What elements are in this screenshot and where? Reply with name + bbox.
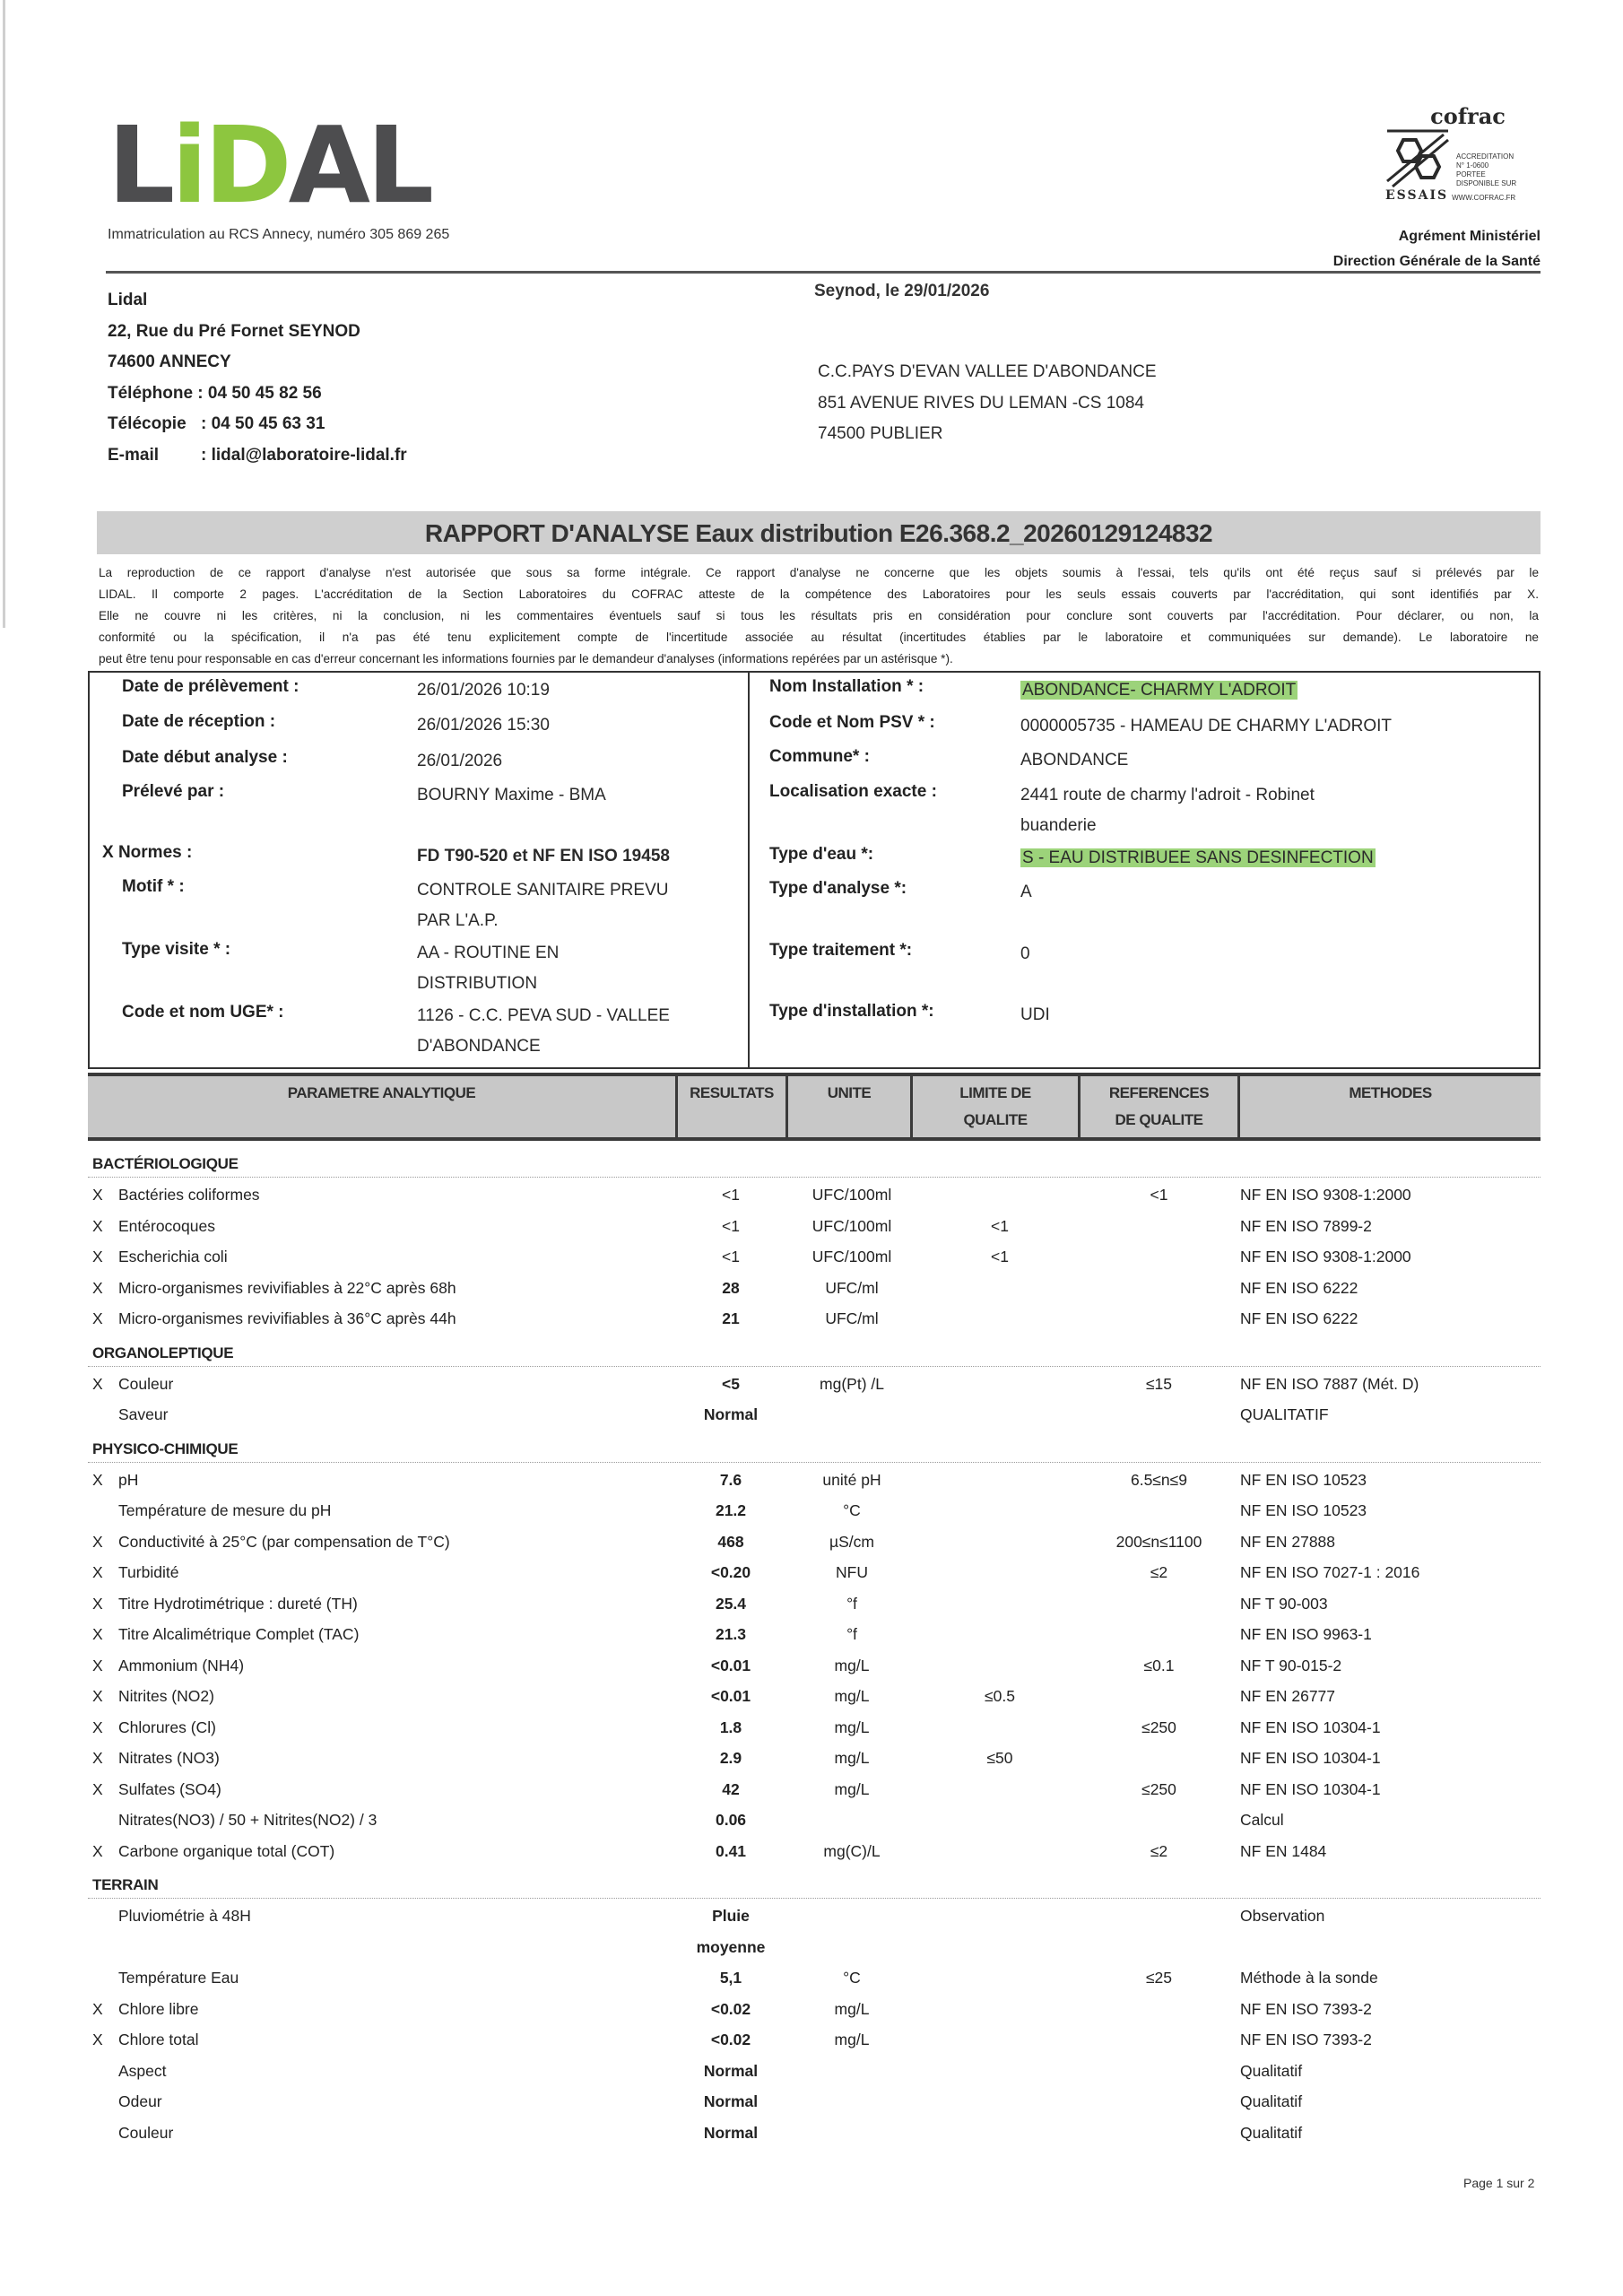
- accreditation-mark: X: [92, 1563, 103, 1582]
- header-references: REFERENCESDE QUALITE: [1081, 1076, 1237, 1137]
- info-value: 1126 - C.C. PEVA SUD - VALLEE: [417, 1001, 670, 1031]
- info-value: ABONDANCE: [1020, 745, 1128, 776]
- result-value: 1.8: [677, 1718, 785, 1737]
- method: NF EN ISO 10304-1: [1240, 1780, 1381, 1799]
- info-label: Localisation exacte :: [769, 782, 937, 802]
- method: QUALITATIF: [1240, 1405, 1329, 1424]
- parameter-name: Micro-organismes revivifiables à 22°C ap…: [118, 1279, 456, 1298]
- quality-reference: 200≤n≤1100: [1081, 1533, 1237, 1552]
- info-label: Type visite * :: [122, 940, 230, 960]
- result-value: 7.6: [677, 1471, 785, 1490]
- result-value: 0.41: [677, 1842, 785, 1861]
- result-value: 42: [677, 1780, 785, 1799]
- info-label: Prélevé par :: [122, 782, 224, 802]
- header-divider: [106, 271, 1541, 274]
- info-label: X Normes :: [102, 843, 192, 863]
- quality-reference: ≤25: [1081, 1969, 1237, 1987]
- result-value: Normal: [677, 1405, 785, 1424]
- quality-reference: <1: [1081, 1186, 1237, 1205]
- info-label: Motif * :: [122, 877, 185, 897]
- info-value: DISTRIBUTION: [417, 969, 537, 999]
- parameter-name: Bactéries coliformes: [118, 1186, 260, 1205]
- method: NF EN ISO 10523: [1240, 1501, 1367, 1520]
- method: Observation: [1240, 1907, 1324, 1926]
- quality-reference: ≤250: [1081, 1718, 1237, 1737]
- quality-limit: <1: [928, 1217, 1072, 1236]
- result-value: <0.02: [677, 2031, 785, 2049]
- result-value: <1: [677, 1248, 785, 1266]
- parameter-name: Couleur: [118, 2124, 173, 2143]
- info-value: 2441 route de charmy l'adroit - Robinet: [1020, 780, 1315, 811]
- method: NF EN ISO 7027-1 : 2016: [1240, 1563, 1419, 1582]
- info-value: 26/01/2026 10:19: [417, 675, 550, 706]
- info-value: buanderie: [1020, 811, 1097, 841]
- parameter-name: Micro-organismes revivifiables à 36°C ap…: [118, 1309, 456, 1328]
- result-value: 21.3: [677, 1625, 785, 1644]
- quality-limit: ≤50: [928, 1749, 1072, 1768]
- info-value: UDI: [1020, 1000, 1050, 1031]
- info-label: Type traitement *:: [769, 941, 912, 961]
- cofrac-hexagon-icon: [1385, 129, 1453, 188]
- header-resultats: RESULTATS: [678, 1076, 785, 1137]
- unit: °f: [785, 1625, 919, 1644]
- result-value: 21.2: [677, 1501, 785, 1520]
- header-limite: LIMITE DEQUALITE: [913, 1076, 1078, 1137]
- unit: mg(C)/L: [785, 1842, 919, 1861]
- parameter-name: Titre Hydrotimétrique : dureté (TH): [118, 1595, 358, 1613]
- parameter-name: Couleur: [118, 1375, 173, 1394]
- info-label: Type d'analyse *:: [769, 879, 907, 899]
- cofrac-wordmark: cofrac: [1389, 103, 1547, 129]
- accreditation-mark: X: [92, 1718, 103, 1737]
- info-label: Date de réception :: [122, 712, 275, 732]
- unit: mg/L: [785, 1780, 919, 1799]
- parameter-name: Entérocoques: [118, 1217, 215, 1236]
- info-value: D'ABONDANCE: [417, 1031, 541, 1062]
- quality-reference: ≤15: [1081, 1375, 1237, 1394]
- parameter-name: Aspect: [118, 2062, 167, 2081]
- method: Calcul: [1240, 1811, 1284, 1830]
- result-value: <1: [677, 1186, 785, 1205]
- result-value: Normal: [677, 2062, 785, 2081]
- unit: UFC/ml: [785, 1279, 919, 1298]
- method: NF EN 27888: [1240, 1533, 1335, 1552]
- accreditation-mark: X: [92, 1657, 103, 1675]
- disclaimer: La reproduction de ce rapport d'analyse …: [99, 562, 1539, 670]
- agrement-block: Agrément Ministériel Direction Générale …: [1333, 224, 1541, 274]
- unit: mg/L: [785, 1718, 919, 1737]
- accreditation-mark: X: [92, 1749, 103, 1768]
- parameter-name: Sulfates (SO4): [118, 1780, 221, 1799]
- accreditation-mark: X: [92, 1625, 103, 1644]
- result-value: 468: [677, 1533, 785, 1552]
- result-value: <0.20: [677, 1563, 785, 1582]
- quality-limit: ≤0.5: [928, 1687, 1072, 1706]
- parameter-name: Turbidité: [118, 1563, 178, 1582]
- info-value: CONTROLE SANITAIRE PREVU: [417, 875, 668, 906]
- info-value: ABONDANCE- CHARMY L'ADROIT: [1020, 675, 1298, 706]
- method: NF EN ISO 9308-1:2000: [1240, 1186, 1411, 1205]
- parameter-name: Escherichia coli: [118, 1248, 228, 1266]
- method: Qualitatif: [1240, 2124, 1302, 2143]
- report-title: RAPPORT D'ANALYSE Eaux distribution E26.…: [97, 511, 1541, 554]
- quality-reference: ≤0.1: [1081, 1657, 1237, 1675]
- section-divider: [88, 1177, 1541, 1178]
- parameter-name: pH: [118, 1471, 138, 1490]
- quality-reference: ≤2: [1081, 1563, 1237, 1582]
- parameter-name: Nitrates (NO3): [118, 1749, 220, 1768]
- result-value: 21: [677, 1309, 785, 1328]
- info-label: Code et nom UGE* :: [122, 1003, 284, 1022]
- accreditation-mark: X: [92, 1279, 103, 1298]
- info-label: Code et Nom PSV * :: [769, 713, 935, 733]
- accreditation-mark: X: [92, 1309, 103, 1328]
- method: NF EN ISO 9963-1: [1240, 1625, 1372, 1644]
- method: NF EN 26777: [1240, 1687, 1335, 1706]
- parameter-name: Chlorures (Cl): [118, 1718, 216, 1737]
- parameter-name: Pluviométrie à 48H: [118, 1907, 251, 1926]
- accreditation-mark: X: [92, 1780, 103, 1799]
- lidal-logo: LiDAL: [108, 112, 430, 218]
- result-value: <0.01: [677, 1657, 785, 1675]
- result-value: Normal: [677, 2124, 785, 2143]
- accreditation-mark: X: [92, 1217, 103, 1236]
- method: Qualitatif: [1240, 2062, 1302, 2081]
- parameter-name: Chlore total: [118, 2031, 199, 2049]
- parameter-name: Titre Alcalimétrique Complet (TAC): [118, 1625, 359, 1644]
- accreditation-mark: X: [92, 2031, 103, 2049]
- page-number: Page 1 sur 2: [1463, 2176, 1534, 2190]
- accreditation-mark: X: [92, 1595, 103, 1613]
- parameter-name: Carbone organique total (COT): [118, 1842, 334, 1861]
- header-unite: UNITE: [788, 1076, 910, 1137]
- result-value: 28: [677, 1279, 785, 1298]
- result-value: moyenne: [677, 1938, 785, 1957]
- info-value: PAR L'A.P.: [417, 906, 499, 936]
- section-title: BACTÉRIOLOGIQUE: [92, 1155, 239, 1173]
- unit: UFC/ml: [785, 1309, 919, 1328]
- unit: UFC/100ml: [785, 1248, 919, 1266]
- method: NF EN ISO 7393-2: [1240, 2031, 1372, 2049]
- method: NF EN ISO 9308-1:2000: [1240, 1248, 1411, 1266]
- unit: °f: [785, 1595, 919, 1613]
- method: NF EN ISO 6222: [1240, 1279, 1358, 1298]
- accreditation-mark: X: [92, 1375, 103, 1394]
- accreditation-mark: X: [92, 1687, 103, 1706]
- result-value: <0.02: [677, 2000, 785, 2019]
- unit: °C: [785, 1501, 919, 1520]
- sample-info-divider: [748, 671, 750, 1069]
- info-label: Date début analyse :: [122, 748, 288, 768]
- cofrac-accreditation-text: ACCREDITATION N° 1-0600 PORTEE DISPONIBL…: [1456, 152, 1516, 188]
- info-value: 26/01/2026: [417, 746, 502, 777]
- unit: mg/L: [785, 1749, 919, 1768]
- accreditation-mark: X: [92, 2000, 103, 2019]
- lab-address: Lidal 22, Rue du Pré Fornet SEYNOD 74600…: [108, 285, 407, 471]
- accreditation-mark: X: [92, 1471, 103, 1490]
- unit: UFC/100ml: [785, 1186, 919, 1205]
- method: Méthode à la sonde: [1240, 1969, 1378, 1987]
- info-value: AA - ROUTINE EN: [417, 938, 559, 969]
- method: NF EN ISO 10304-1: [1240, 1718, 1381, 1737]
- result-value: <0.01: [677, 1687, 785, 1706]
- info-label: Nom Installation * :: [769, 677, 924, 697]
- accreditation-mark: X: [92, 1533, 103, 1552]
- scan-edge-artifact: [3, 0, 5, 628]
- unit: NFU: [785, 1563, 919, 1582]
- result-value: 2.9: [677, 1749, 785, 1768]
- parameter-name: Nitrites (NO2): [118, 1687, 214, 1706]
- parameter-name: Saveur: [118, 1405, 168, 1424]
- method: NF EN ISO 10523: [1240, 1471, 1367, 1490]
- result-value: <1: [677, 1217, 785, 1236]
- accreditation-mark: X: [92, 1842, 103, 1861]
- info-value: S - EAU DISTRIBUEE SANS DESINFECTION: [1020, 843, 1376, 874]
- parameter-name: Nitrates(NO3) / 50 + Nitrites(NO2) / 3: [118, 1811, 377, 1830]
- unit: unité pH: [785, 1471, 919, 1490]
- unit: mg(Pt) /L: [785, 1375, 919, 1394]
- info-value: 26/01/2026 15:30: [417, 710, 550, 741]
- unit: °C: [785, 1969, 919, 1987]
- method: NF T 90-003: [1240, 1595, 1328, 1613]
- header-parametre: PARAMETRE ANALYTIQUE: [88, 1076, 675, 1137]
- result-value: Pluie: [677, 1907, 785, 1926]
- section-divider: [88, 1366, 1541, 1368]
- info-label: Type d'eau *:: [769, 845, 873, 865]
- unit: mg/L: [785, 1657, 919, 1675]
- header-methodes: METHODES: [1240, 1076, 1541, 1137]
- quality-reference: ≤2: [1081, 1842, 1237, 1861]
- cofrac-essais: ESSAIS: [1385, 188, 1448, 203]
- method: NF T 90-015-2: [1240, 1657, 1341, 1675]
- method: NF EN ISO 7899-2: [1240, 1217, 1372, 1236]
- info-value: BOURNY Maxime - BMA: [417, 780, 606, 811]
- quality-reference: 6.5≤n≤9: [1081, 1471, 1237, 1490]
- info-value: A: [1020, 877, 1032, 908]
- info-label: Date de prélèvement :: [122, 677, 299, 697]
- cofrac-badge: cofrac ACCREDITATION N° 1-0600 PORTEE DI…: [1385, 103, 1547, 203]
- result-value: 0.06: [677, 1811, 785, 1830]
- info-value: FD T90-520 et NF EN ISO 19458: [417, 841, 670, 872]
- rcs-registration: Immatriculation au RCS Annecy, numéro 30…: [108, 227, 449, 243]
- unit: mg/L: [785, 2000, 919, 2019]
- parameter-name: Température Eau: [118, 1969, 239, 1987]
- parameter-name: Conductivité à 25°C (par compensation de…: [118, 1533, 450, 1552]
- method: Qualitatif: [1240, 2092, 1302, 2111]
- accreditation-mark: X: [92, 1248, 103, 1266]
- info-value: 0000005735 - HAMEAU DE CHARMY L'ADROIT: [1020, 711, 1392, 742]
- method: NF EN ISO 6222: [1240, 1309, 1358, 1328]
- method: NF EN ISO 7887 (Mét. D): [1240, 1375, 1419, 1394]
- section-title: ORGANOLEPTIQUE: [92, 1344, 233, 1362]
- result-value: 5,1: [677, 1969, 785, 1987]
- parameter-name: Température de mesure du pH: [118, 1501, 331, 1520]
- method: NF EN ISO 10304-1: [1240, 1749, 1381, 1768]
- info-label: Commune* :: [769, 747, 870, 767]
- section-divider: [88, 1462, 1541, 1464]
- accreditation-mark: X: [92, 1186, 103, 1205]
- section-title: TERRAIN: [92, 1876, 158, 1894]
- parameter-name: Ammonium (NH4): [118, 1657, 244, 1675]
- info-label: Type d'installation *:: [769, 1002, 934, 1022]
- quality-reference: ≤250: [1081, 1780, 1237, 1799]
- unit: UFC/100ml: [785, 1217, 919, 1236]
- parameter-name: Chlore libre: [118, 2000, 198, 2019]
- result-value: 25.4: [677, 1595, 785, 1613]
- method: NF EN 1484: [1240, 1842, 1326, 1861]
- client-address: C.C.PAYS D'EVAN VALLEE D'ABONDANCE 851 A…: [818, 357, 1157, 450]
- unit: µS/cm: [785, 1533, 919, 1552]
- unit: mg/L: [785, 1687, 919, 1706]
- section-title: PHYSICO-CHIMIQUE: [92, 1440, 238, 1458]
- result-value: Normal: [677, 2092, 785, 2111]
- info-value: 0: [1020, 939, 1030, 970]
- parameter-name: Odeur: [118, 2092, 162, 2111]
- report-date: Seynod, le 29/01/2026: [814, 282, 989, 301]
- section-divider: [88, 1898, 1541, 1900]
- result-value: <5: [677, 1375, 785, 1394]
- quality-limit: <1: [928, 1248, 1072, 1266]
- unit: mg/L: [785, 2031, 919, 2049]
- method: NF EN ISO 7393-2: [1240, 2000, 1372, 2019]
